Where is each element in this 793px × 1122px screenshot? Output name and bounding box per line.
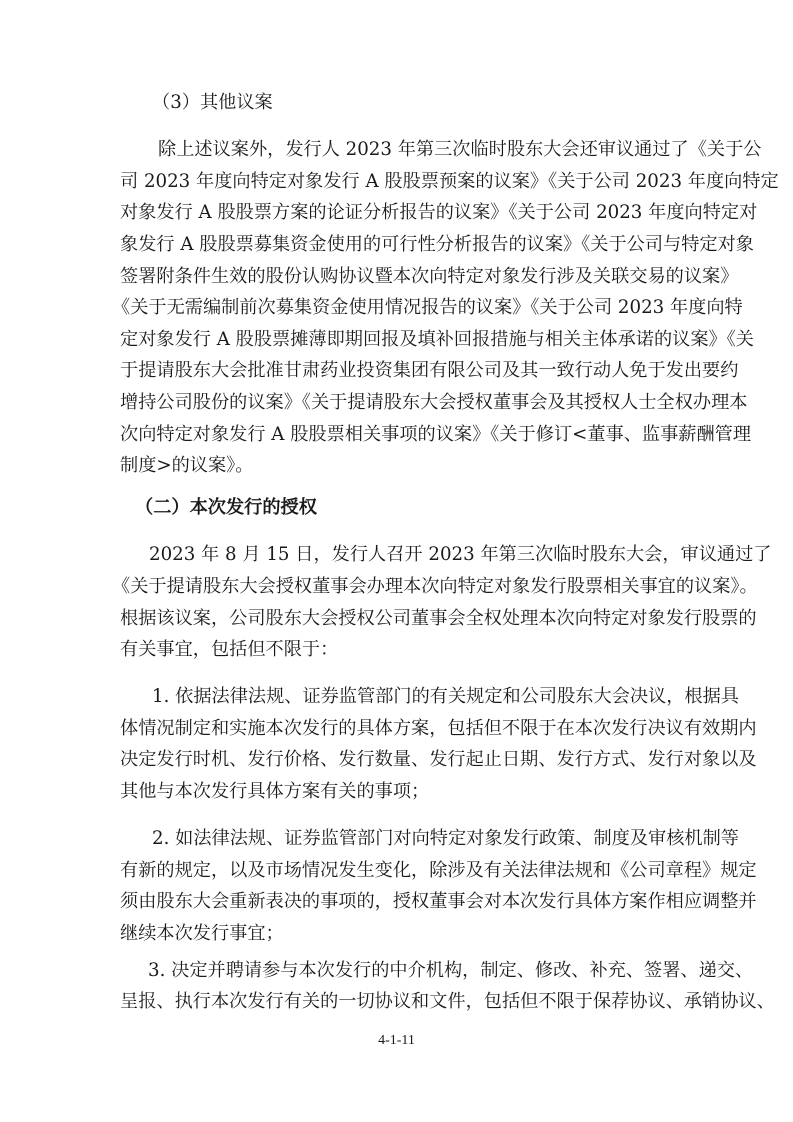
list-item-line: 有新的规定，以及市场情况发生变化，除涉及有关法律法规和《公司章程》规定	[120, 860, 676, 882]
paragraph-line: 象发行 A 股股票募集资金使用的可行性分析报告的议案》《关于公司与特定对象	[120, 234, 676, 256]
list-item-line: 呈报、执行本次发行有关的一切协议和文件，包括但不限于保荐协议、承销协议、	[120, 991, 678, 1013]
paragraph-line: 次向特定对象发行 A 股股票相关事项的议案》《关于修订<董事、监事薪酬管理	[120, 424, 676, 446]
page-number: 4-1-11	[0, 1033, 793, 1049]
list-item-line: 决定发行时机、发行价格、发行数量、发行起止日期、发行方式、发行对象以及	[120, 749, 676, 771]
paragraph-line: 司 2023 年度向特定对象发行 A 股股票预案的议案》《关于公司 2023 年…	[120, 171, 676, 193]
section-heading-other-proposals: （3）其他议案	[152, 92, 273, 114]
paragraph-line: 根据该议案，公司股东大会授权公司董事会全权处理本次向特定对象发行股票的	[120, 608, 676, 630]
list-item-line: 其他与本次发行具体方案有关的事项；	[120, 781, 676, 803]
paragraph-line: 制度>的议案》。	[120, 455, 676, 477]
paragraph-line: 《关于提请股东大会授权董事会办理本次向特定对象发行股票相关事宜的议案》。	[112, 576, 678, 598]
paragraph-line: 增持公司股份的议案》《关于提请股东大会授权董事会及其授权人士全权办理本	[120, 392, 676, 414]
paragraph-line: 对象发行 A 股股票方案的论证分析报告的议案》《关于公司 2023 年度向特定对	[120, 202, 676, 224]
list-item-line: 须由股东大会重新表决的事项的，授权董事会对本次发行具体方案作相应调整并	[120, 891, 676, 913]
paragraph-line: 2023 年 8 月 15 日，发行人召开 2023 年第三次临时股东大会，审议…	[149, 544, 672, 566]
paragraph-line: 定对象发行 A 股股票摊薄即期回报及填补回报措施与相关主体承诺的议案》《关	[120, 329, 676, 351]
paragraph-line: 签署附条件生效的股份认购协议暨本次向特定对象发行涉及关联交易的议案》	[120, 266, 676, 288]
list-item-line: 体情况制定和实施本次发行的具体方案，包括但不限于在本次发行决议有效期内	[120, 718, 676, 740]
paragraph-line: 有关事宜，包括但不限于：	[120, 639, 676, 661]
list-item-line: 继续本次发行事宜；	[120, 923, 676, 945]
paragraph-line: 除上述议案外，发行人 2023 年第三次临时股东大会还审议通过了《关于公	[158, 139, 672, 161]
list-item-line: 1. 依据法律法规、证券监管部门的有关规定和公司股东大会决议，根据具	[152, 686, 672, 708]
document-page: （3）其他议案 除上述议案外，发行人 2023 年第三次临时股东大会还审议通过了…	[0, 0, 793, 1122]
list-item-line: 2. 如法律法规、证券监管部门对向特定对象发行政策、制度及审核机制等	[152, 828, 672, 850]
section-heading-authorization: （二）本次发行的授权	[135, 497, 317, 519]
paragraph-line: 《关于无需编制前次募集资金使用情况报告的议案》《关于公司 2023 年度向特	[112, 297, 676, 319]
paragraph-line: 于提请股东大会批准甘肃药业投资集团有限公司及其一致行动人免于发出要约	[120, 360, 676, 382]
list-item-line: 3. 决定并聘请参与本次发行的中介机构，制定、修改、补充、签署、递交、	[148, 960, 676, 982]
